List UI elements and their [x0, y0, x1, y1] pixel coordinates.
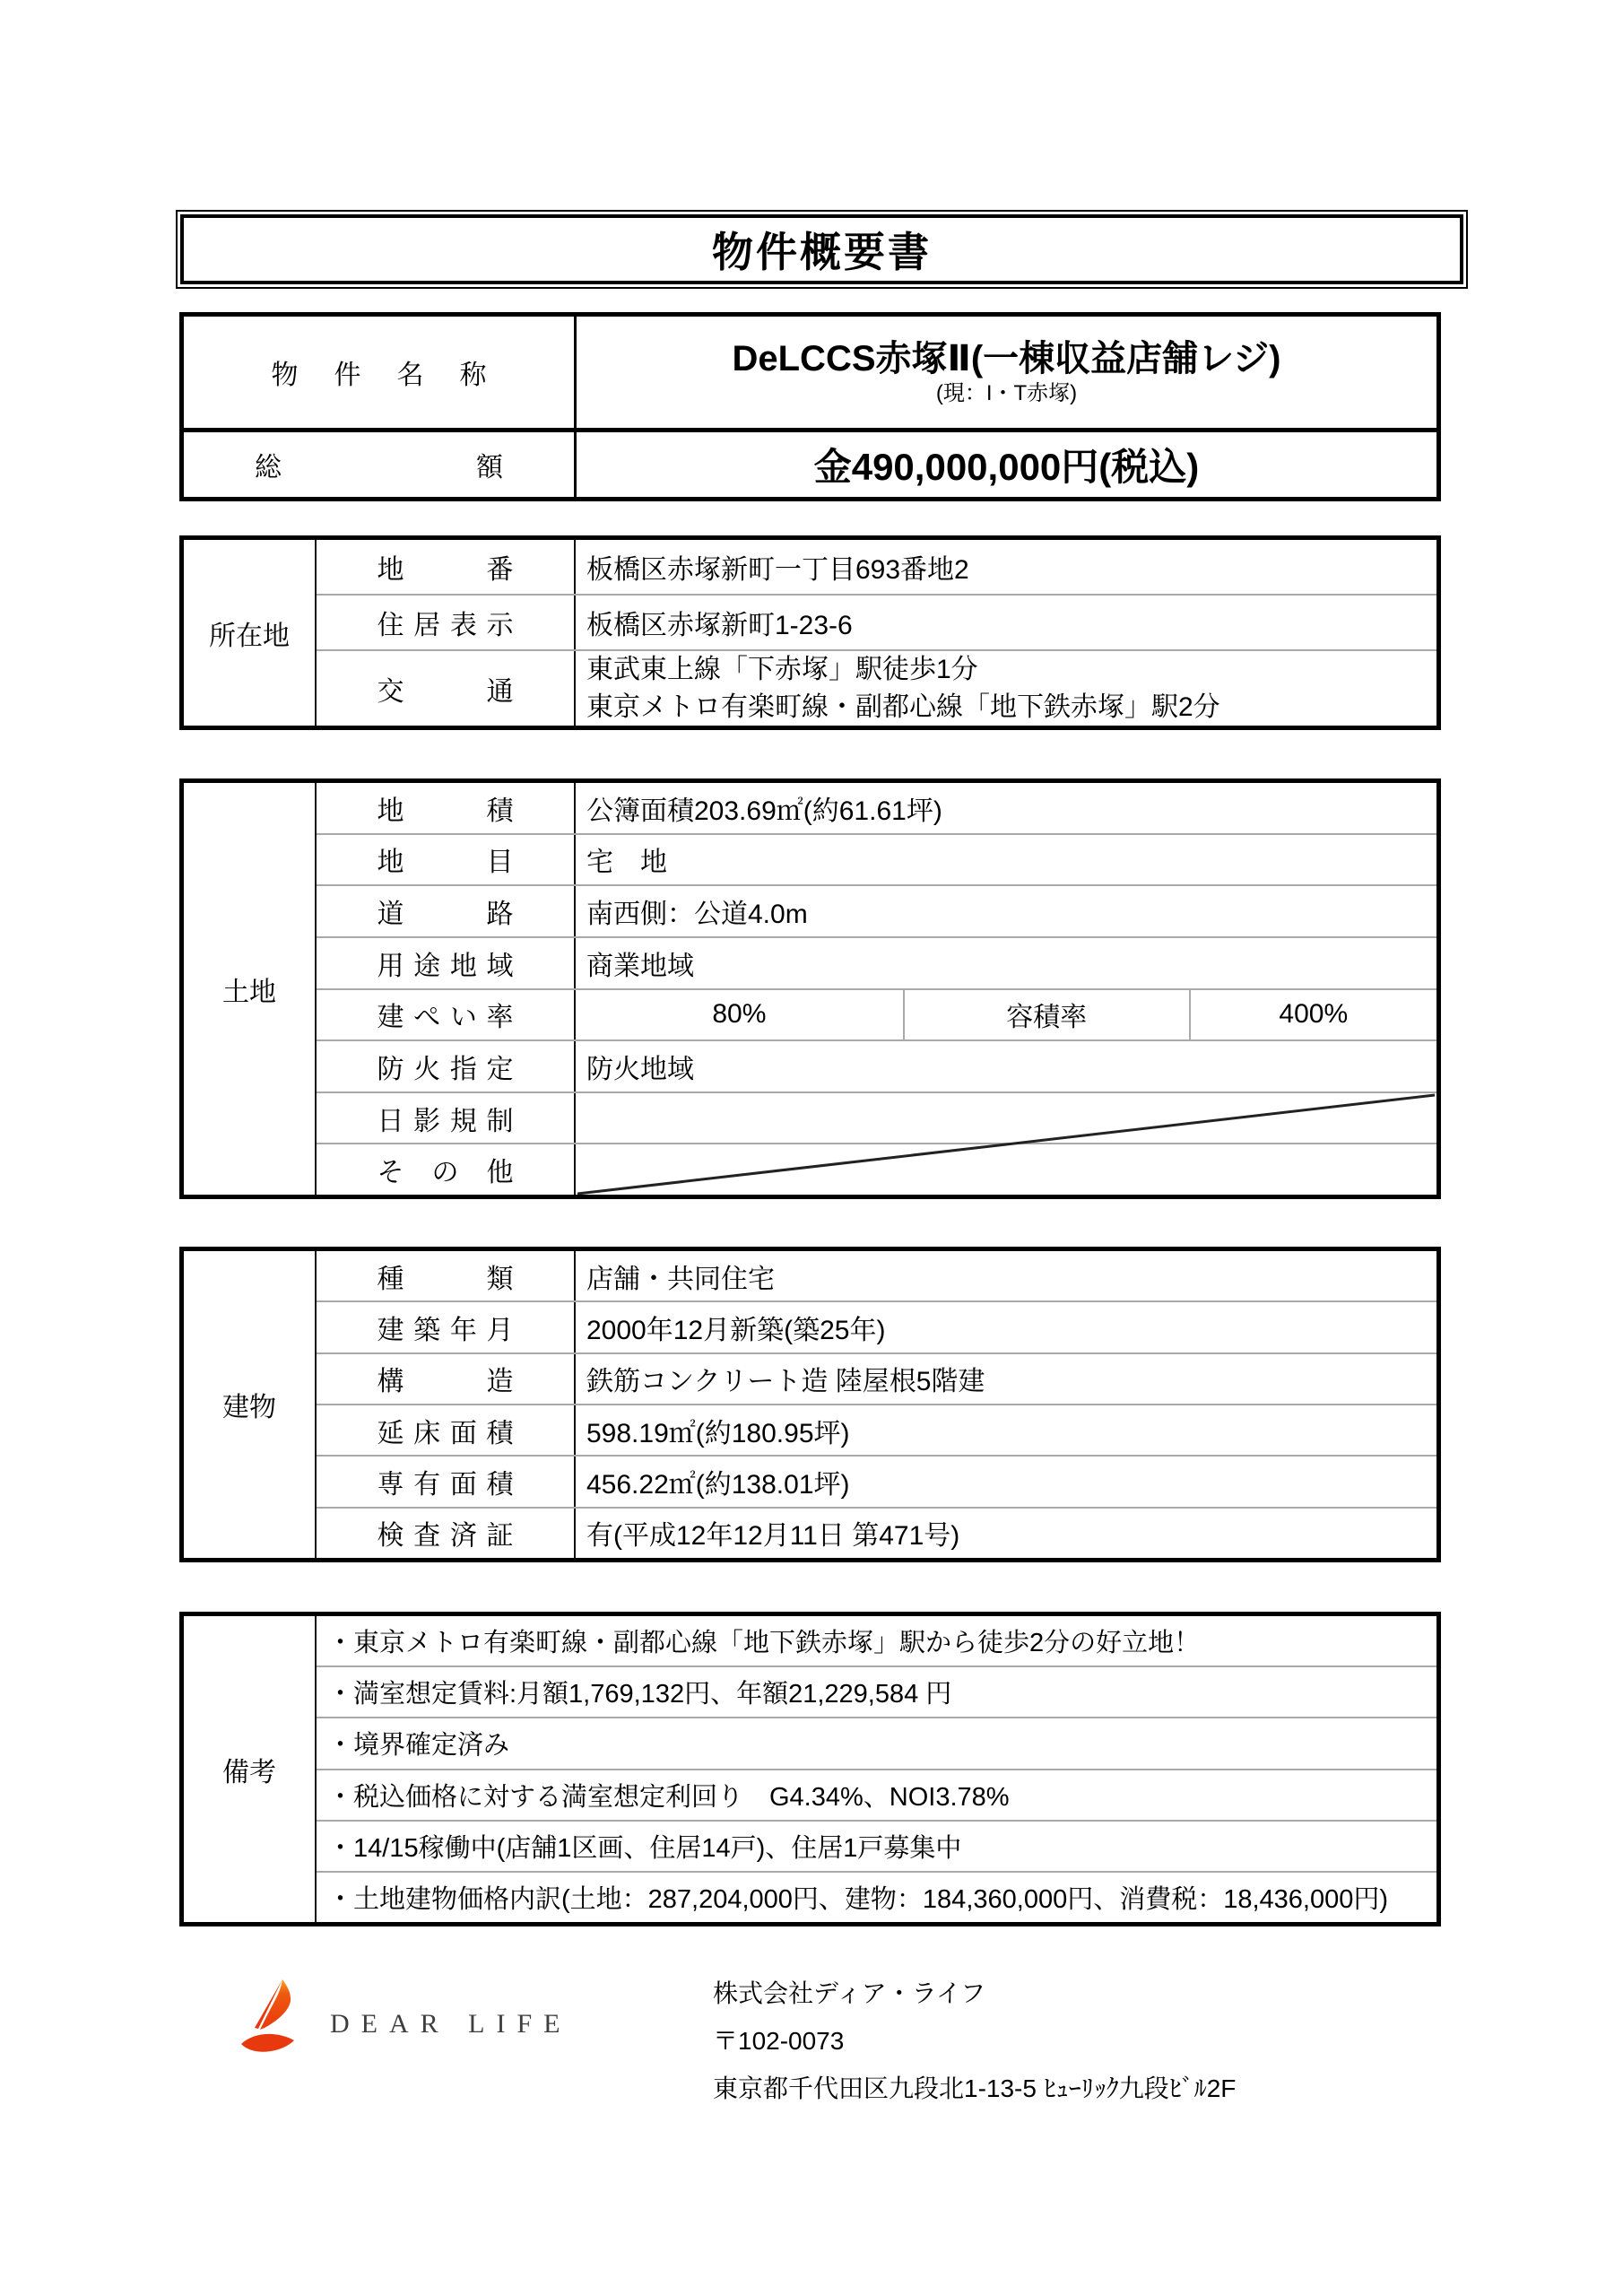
remarks-table: 備考 ・東京メトロ有楽町線・副都心線「地下鉄赤塚」駅から徒歩2分の好立地！ ・満…	[179, 1612, 1441, 1926]
land-group-label: 土地	[184, 783, 317, 1195]
remark-item: ・土地建物価格内訳(土地：287,204,000円、建物：184,360,000…	[317, 1871, 1436, 1922]
other-label-cell: その他	[317, 1144, 576, 1195]
fire-zone-label-cell: 防火指定	[317, 1041, 576, 1091]
other-label: その他	[378, 1150, 514, 1189]
location-rows: 地番 板橋区赤塚新町一丁目693番地2 住居表示 板橋区赤塚新町1-23-6 交…	[317, 540, 1436, 726]
remarks-group-label: 備考	[184, 1616, 317, 1922]
remark-item: ・税込価格に対する満室想定利回り G4.34%、NOI3.78%	[317, 1769, 1436, 1820]
coverage-ratio-row: 建ぺい率 80% 容積率 400%	[317, 988, 1436, 1040]
coverage-ratio-label: 建ぺい率	[378, 995, 514, 1034]
shade-regulation-label-cell: 日影規制	[317, 1093, 576, 1144]
shade-regulation-label: 日影規制	[378, 1099, 514, 1138]
table-row: 住居表示 板橋区赤塚新町1-23-6	[317, 594, 1436, 649]
access-label: 交通	[378, 669, 514, 709]
built-date-label: 建築年月	[378, 1308, 514, 1347]
remark-item: ・満室想定賃料:月額1,769,132円、年額21,229,584 円	[317, 1665, 1436, 1717]
land-category-label: 地目	[378, 839, 514, 879]
access-label-cell: 交通	[317, 651, 576, 726]
remark-item: ・東京メトロ有楽町線・副都心線「地下鉄赤塚」駅から徒歩2分の好立地！	[317, 1616, 1436, 1665]
property-summary-document: 物件概要書 物件名称 DeLCCS赤塚Ⅱ(一棟収益店舗レジ) (現：I・T赤塚)…	[0, 0, 1623, 2296]
land-category-value: 宅 地	[576, 835, 1436, 885]
postal-code: 〒102-0073	[713, 2017, 1236, 2065]
building-type-value: 店舗・共同住宅	[576, 1251, 1436, 1300]
document-title-box: 物件概要書	[176, 210, 1468, 289]
total-floor-area-label-cell: 延床面積	[317, 1405, 576, 1455]
address-display-label: 住居表示	[378, 603, 514, 642]
road-label: 道路	[378, 891, 514, 931]
remarks-rows: ・東京メトロ有楽町線・副都心線「地下鉄赤塚」駅から徒歩2分の好立地！ ・満室想定…	[317, 1616, 1436, 1922]
building-table: 建物 種類 店舗・共同住宅 建築年月 2000年12月新築(築25年) 構造 鉄…	[179, 1247, 1441, 1562]
floor-area-ratio-value: 400%	[1191, 990, 1436, 1040]
table-row: 建築年月 2000年12月新築(築25年)	[317, 1300, 1436, 1352]
inspection-cert-label: 検査済証	[378, 1513, 514, 1552]
built-date-value: 2000年12月新築(築25年)	[576, 1302, 1436, 1352]
structure-value: 鉄筋コンクリート造 陸屋根5階建	[576, 1354, 1436, 1404]
coverage-ratio-value: 80%	[576, 990, 903, 1040]
property-name-label: 物件名称	[272, 352, 487, 392]
access-value: 東武東上線「下赤塚」駅徒歩1分 東京メトロ有楽町線・副都心線「地下鉄赤塚」駅2分	[576, 651, 1436, 726]
shade-regulation-value-empty	[576, 1093, 1436, 1144]
land-area-label: 地積	[378, 788, 514, 828]
summary-table: 物件名称 DeLCCS赤塚Ⅱ(一棟収益店舗レジ) (現：I・T赤塚) 総額 金4…	[179, 312, 1441, 501]
building-type-label: 種類	[378, 1257, 514, 1296]
zoning-value: 商業地域	[576, 938, 1436, 988]
table-row: 構造 鉄筋コンクリート造 陸屋根5階建	[317, 1352, 1436, 1404]
remark-item: ・境界確定済み	[317, 1717, 1436, 1768]
table-row: 道路 南西側：公道4.0m	[317, 884, 1436, 936]
coverage-ratio-cells: 80% 容積率 400%	[576, 990, 1436, 1040]
lot-number-label: 地番	[378, 547, 514, 587]
property-name-former: (現：I・T赤塚)	[936, 380, 1077, 407]
fire-zone-row: 防火指定 防火地域	[317, 1039, 1436, 1091]
document-title: 物件概要書	[712, 220, 932, 279]
remark-item: ・14/15稼働中(店舗1区画、住居14戸)、住居1戸募集中	[317, 1820, 1436, 1871]
building-group-label: 建物	[184, 1251, 317, 1558]
exclusive-area-label: 専有面積	[378, 1462, 514, 1501]
table-row: 検査済証 有(平成12年12月11日 第471号)	[317, 1507, 1436, 1558]
address-display-value: 板橋区赤塚新町1-23-6	[576, 596, 1436, 649]
structure-label-cell: 構造	[317, 1354, 576, 1404]
structure-label: 構造	[378, 1359, 514, 1398]
building-rows: 種類 店舗・共同住宅 建築年月 2000年12月新築(築25年) 構造 鉄筋コン…	[317, 1251, 1436, 1558]
inspection-cert-label-cell: 検査済証	[317, 1509, 576, 1558]
property-name-label-cell: 物件名称	[184, 317, 577, 428]
land-area-label-cell: 地積	[317, 783, 576, 833]
company-info: 株式会社ディア・ライフ 〒102-0073 東京都千代田区九段北1-13-5 ﾋ…	[713, 1970, 1236, 2112]
floor-area-ratio-label: 容積率	[903, 990, 1191, 1040]
road-label-cell: 道路	[317, 886, 576, 936]
property-name-value: DeLCCS赤塚Ⅱ(一棟収益店舗レジ)	[732, 337, 1280, 380]
other-value-empty	[576, 1144, 1436, 1195]
access-line-1: 東武東上線「下赤塚」駅徒歩1分	[586, 651, 1436, 689]
fire-zone-value: 防火地域	[576, 1041, 1436, 1091]
building-type-label-cell: 種類	[317, 1251, 576, 1300]
property-name-value-cell: DeLCCS赤塚Ⅱ(一棟収益店舗レジ) (現：I・T赤塚)	[577, 317, 1436, 428]
road-value: 南西側：公道4.0m	[576, 886, 1436, 936]
fire-zone-label: 防火指定	[378, 1047, 514, 1086]
other-row: その他	[317, 1143, 1436, 1195]
dear-life-flame-logo-icon	[239, 1978, 321, 2064]
total-price-label: 総額	[255, 445, 503, 484]
zoning-label: 用途地域	[378, 944, 514, 983]
land-rows: 地積 公簿面積203.69㎡(約61.61坪) 地目 宅 地 道路 南西側：公道…	[317, 783, 1436, 1195]
total-price-label-cell: 総額	[184, 432, 577, 497]
location-group-label: 所在地	[184, 540, 317, 726]
dear-life-logo-text: DEAR LIFE	[330, 2009, 572, 2039]
lot-number-label-cell: 地番	[317, 540, 576, 594]
land-table: 土地 地積 公簿面積203.69㎡(約61.61坪) 地目 宅 地 道路 南西側…	[179, 778, 1441, 1199]
document-title-inner-border: 物件概要書	[180, 214, 1463, 284]
table-row: 延床面積 598.19㎡(約180.95坪)	[317, 1404, 1436, 1455]
total-price-value: 金490,000,000円(税込)	[814, 438, 1200, 491]
table-row: 用途地域 商業地域	[317, 936, 1436, 988]
location-table: 所在地 地番 板橋区赤塚新町一丁目693番地2 住居表示 板橋区赤塚新町1-23…	[179, 535, 1441, 730]
land-area-value: 公簿面積203.69㎡(約61.61坪)	[576, 783, 1436, 833]
table-row: 地積 公簿面積203.69㎡(約61.61坪)	[317, 783, 1436, 833]
land-category-label-cell: 地目	[317, 835, 576, 885]
address-display-label-cell: 住居表示	[317, 596, 576, 649]
shade-regulation-row: 日影規制	[317, 1091, 1436, 1144]
total-floor-area-value: 598.19㎡(約180.95坪)	[576, 1405, 1436, 1455]
inspection-cert-value: 有(平成12年12月11日 第471号)	[576, 1509, 1436, 1558]
company-name: 株式会社ディア・ライフ	[713, 1970, 1236, 2017]
total-floor-area-label: 延床面積	[378, 1411, 514, 1450]
built-date-label-cell: 建築年月	[317, 1302, 576, 1352]
exclusive-area-value: 456.22㎡(約138.01坪)	[576, 1457, 1436, 1506]
lot-number-value: 板橋区赤塚新町一丁目693番地2	[576, 540, 1436, 594]
total-price-row: 総額 金490,000,000円(税込)	[184, 428, 1436, 497]
company-address: 東京都千代田区九段北1-13-5 ﾋｭｰﾘｯｸ九段ﾋﾞﾙ2F	[713, 2065, 1236, 2112]
exclusive-area-label-cell: 専有面積	[317, 1457, 576, 1506]
table-row: 地番 板橋区赤塚新町一丁目693番地2	[317, 540, 1436, 594]
table-row: 交通 東武東上線「下赤塚」駅徒歩1分 東京メトロ有楽町線・副都心線「地下鉄赤塚」…	[317, 649, 1436, 726]
access-line-2: 東京メトロ有楽町線・副都心線「地下鉄赤塚」駅2分	[586, 689, 1436, 726]
property-name-row: 物件名称 DeLCCS赤塚Ⅱ(一棟収益店舗レジ) (現：I・T赤塚)	[184, 317, 1436, 428]
table-row: 地目 宅 地	[317, 833, 1436, 885]
zoning-label-cell: 用途地域	[317, 938, 576, 988]
total-price-value-cell: 金490,000,000円(税込)	[577, 432, 1436, 497]
table-row: 種類 店舗・共同住宅	[317, 1251, 1436, 1300]
coverage-ratio-label-cell: 建ぺい率	[317, 990, 576, 1040]
table-row: 専有面積 456.22㎡(約138.01坪)	[317, 1455, 1436, 1506]
